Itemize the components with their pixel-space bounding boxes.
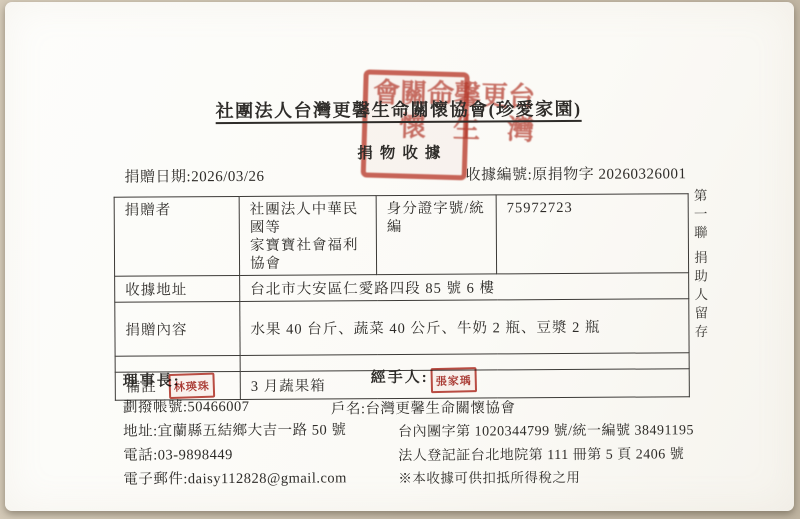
org-email: 電子郵件:daisy112828@gmail.com	[123, 466, 347, 488]
donor-id-value: 75972723	[496, 194, 688, 274]
copy-number-label: 第一聯	[689, 188, 709, 244]
copy-holder-label: 捐助人留存	[689, 250, 710, 343]
photo-background: 台灣更 馨生命 關懷會 社團法人台灣更馨生命關懷協會(珍愛家園) 捐物收據 捐贈…	[0, 0, 800, 519]
receipt-number: 收據編號:原捐物字 20260326001	[465, 162, 686, 184]
giro-account: 劃撥帳號:50466007	[123, 395, 250, 417]
tax-note: ※本收據可供扣抵所得稅之用	[398, 466, 580, 487]
registration-no: 台內團字第 1020344799 號/統一編號 38491195	[398, 419, 694, 441]
donor-id-label: 身分證字號/統編	[376, 195, 496, 275]
table-row-donor: 捐贈者 社團法人中華民國等 家寶寶社會福利協會 身分證字號/統編 7597272…	[114, 194, 688, 277]
org-phone: 電話:03-9898449	[123, 443, 233, 465]
court-registration: 法人登記証台北地院第 111 冊第 5 頁 2406 號	[398, 443, 684, 465]
content-value: 水果 40 台斤、蔬菜 40 公斤、牛奶 2 瓶、豆漿 2 瓶	[240, 299, 689, 356]
organization-name: 社團法人台灣更馨生命關懷協會(珍愛家園)	[4, 94, 793, 125]
address-value: 台北市大安區仁愛路四段 85 號 6 樓	[240, 273, 689, 302]
account-name: 戶名:台灣更馨生命關懷協會	[331, 396, 516, 418]
donation-date: 捐贈日期:2026/03/26	[124, 165, 264, 187]
receipt-content: 台灣更 馨生命 關懷會 社團法人台灣更馨生命關懷協會(珍愛家園) 捐物收據 捐贈…	[3, 0, 795, 513]
receipt-number-label: 收據編號:	[466, 167, 533, 183]
table-row-content: 捐贈內容 水果 40 台斤、蔬菜 40 公斤、牛奶 2 瓶、豆漿 2 瓶	[115, 299, 689, 357]
donor-name-line1: 社團法人中華民國等	[250, 200, 370, 237]
donation-date-label: 捐贈日期:	[124, 169, 191, 185]
organization-seal-icon: 台灣更 馨生命 關懷會	[361, 69, 470, 180]
receipt-number-value: 原捐物字 20260326001	[532, 166, 686, 183]
donor-name: 社團法人中華民國等 家寶寶社會福利協會	[239, 196, 376, 276]
donor-name-line2: 家寶寶社會福利協會	[250, 236, 370, 273]
handler-label: 經手人:	[371, 366, 429, 387]
donor-label: 捐贈者	[114, 196, 239, 276]
donation-date-value: 2026/03/26	[191, 169, 264, 185]
receipt-paper: 台灣更 馨生命 關懷會 社團法人台灣更馨生命關懷協會(珍愛家園) 捐物收據 捐贈…	[5, 2, 794, 511]
content-label: 捐贈內容	[115, 301, 240, 356]
handler-stamp-icon: 張家瑀	[430, 367, 477, 393]
org-address: 地址:宜蘭縣五結鄉大吉一路 50 號	[123, 418, 346, 440]
table-row-address: 收據地址 台北市大安區仁愛路四段 85 號 6 樓	[115, 273, 689, 303]
address-label: 收據地址	[115, 275, 240, 302]
